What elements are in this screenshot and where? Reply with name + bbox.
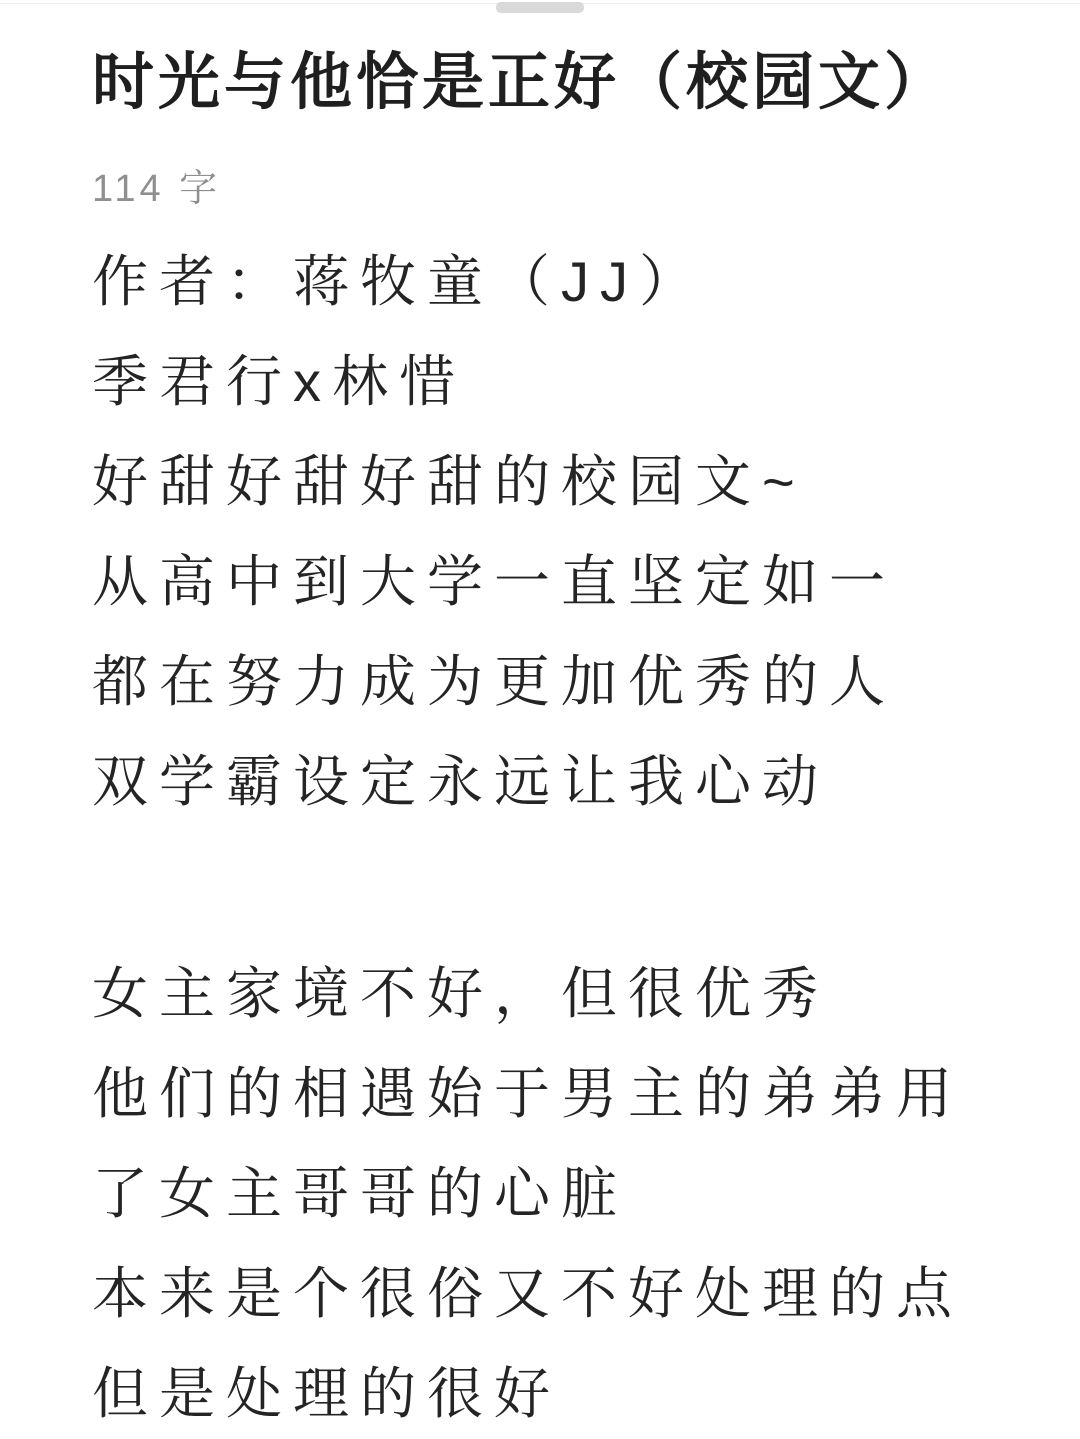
note-line: 但是处理的很好 [92,1344,1010,1439]
drag-handle[interactable] [496,2,584,13]
note-title: 时光与他恰是正好（校园文） [92,48,1010,117]
note-line: 好甜好甜好甜的校园文~ [92,432,1010,532]
note-paragraph-2: 女主家境不好，但很优秀 他们的相遇始于男主的弟弟用 了女主哥哥的心脏 本来是个很… [92,944,1010,1439]
note-paragraph-1: 作者：蒋牧童（JJ） 季君行x林惜 好甜好甜好甜的校园文~ 从高中到大学一直坚定… [92,232,1010,832]
note-line: 都在努力成为更加优秀的人 [92,632,1010,732]
note-line: 了女主哥哥的心脏 [92,1144,1010,1244]
note-line: 本来是个很俗又不好处理的点 [92,1244,1010,1344]
note-line: 从高中到大学一直坚定如一 [92,532,1010,632]
note-content: 时光与他恰是正好（校园文） 114 字 作者：蒋牧童（JJ） 季君行x林惜 好甜… [0,0,1080,1439]
note-line: 他们的相遇始于男主的弟弟用 [92,1044,1010,1144]
note-sheet: 时光与他恰是正好（校园文） 114 字 作者：蒋牧童（JJ） 季君行x林惜 好甜… [0,0,1080,1439]
note-line: 作者：蒋牧童（JJ） [92,232,1010,332]
note-line: 双学霸设定永远让我心动 [92,732,1010,832]
note-line: 女主家境不好，但很优秀 [92,944,1010,1044]
note-line: 季君行x林惜 [92,332,1010,432]
word-count: 114 字 [92,157,1010,212]
